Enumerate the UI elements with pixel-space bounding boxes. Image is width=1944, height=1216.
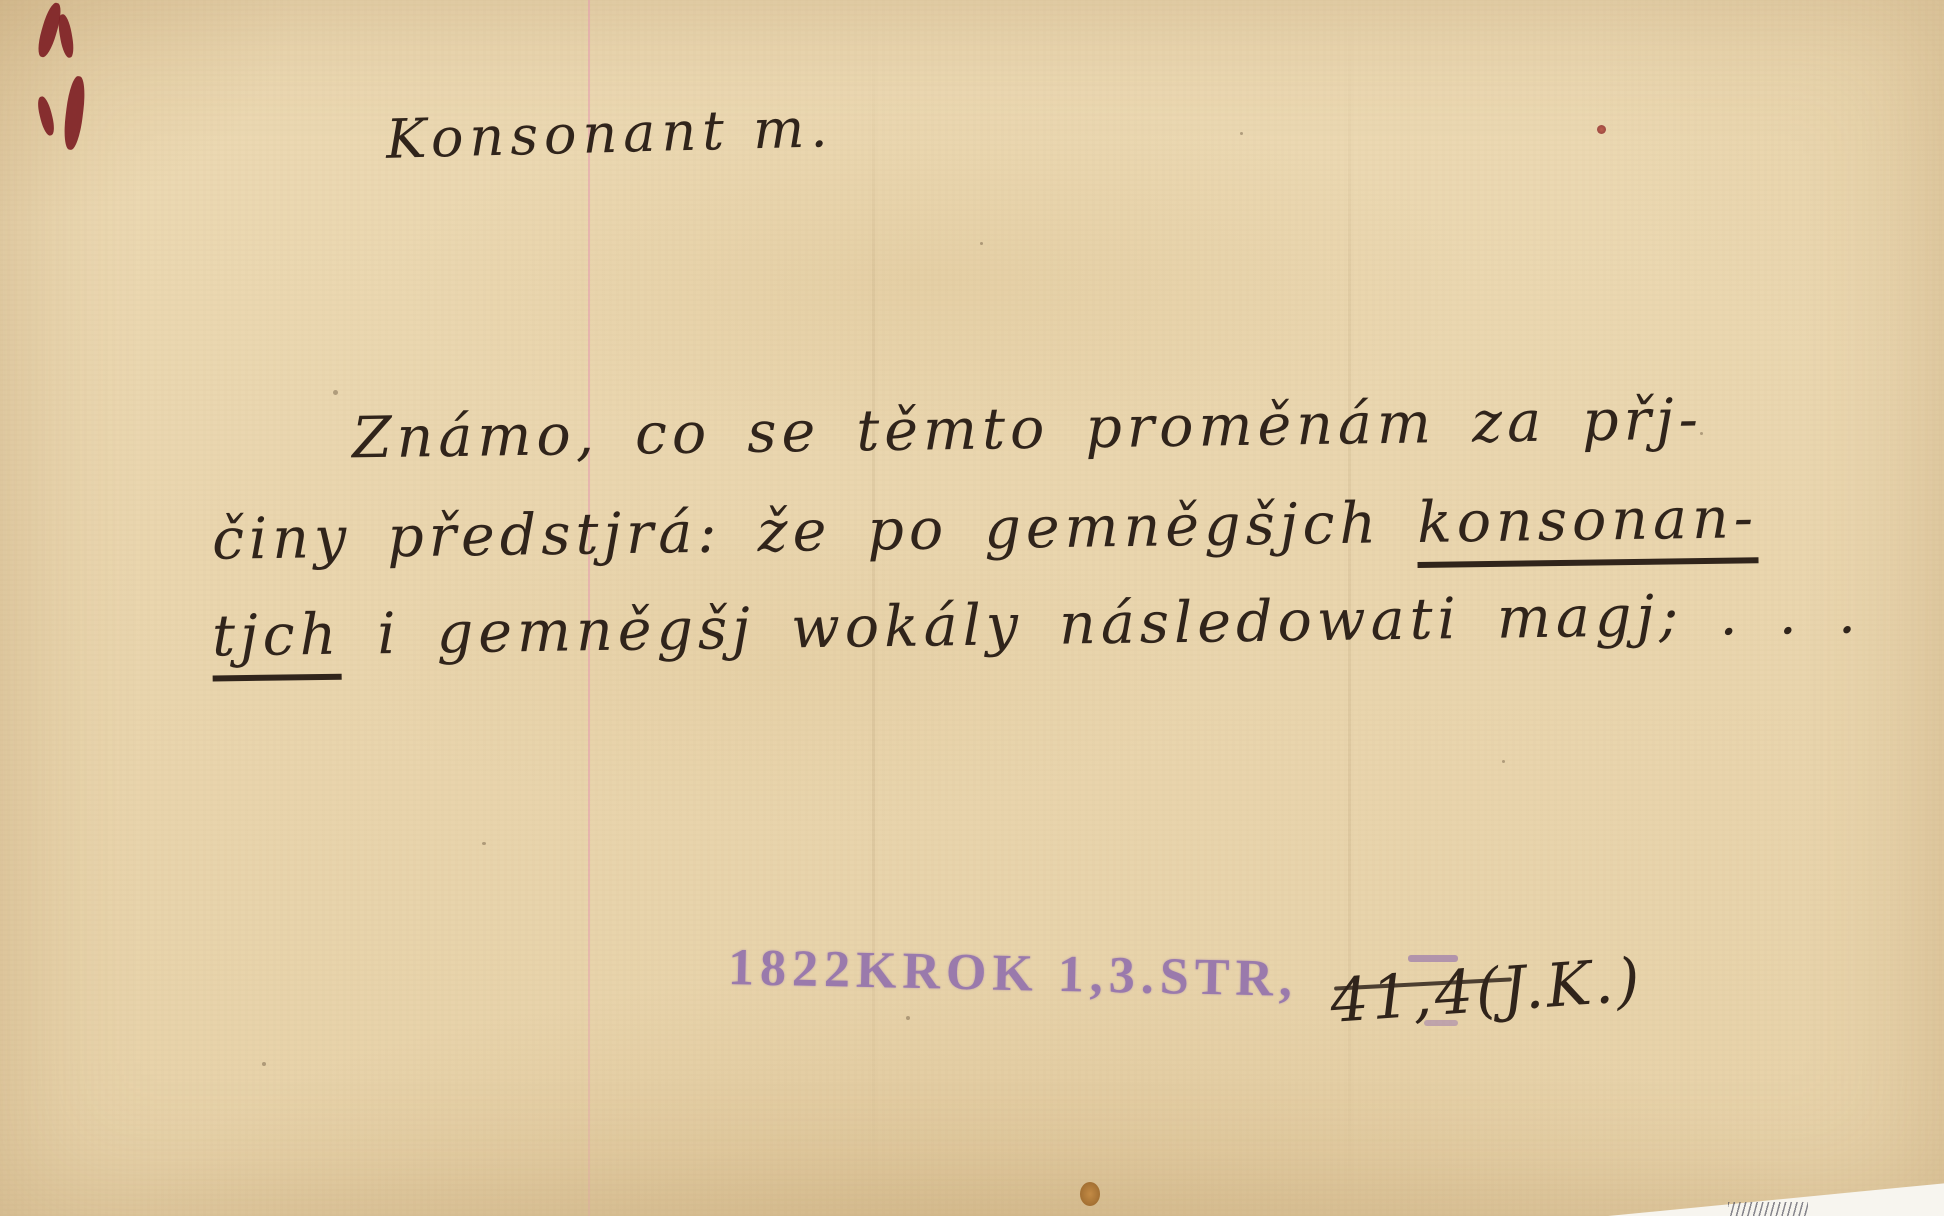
red-ink-mark [56, 13, 75, 58]
body-line-3: tjch i gemněgšj wokály následowati magj;… [212, 580, 1862, 669]
underlined-word-konsonan: konsonan- [1417, 485, 1759, 568]
paper-speck [906, 1016, 910, 1020]
body-line-2: činy předstjrá: že po gemněgšjch konsona… [212, 485, 1759, 573]
hatch-pattern [1728, 1202, 1808, 1216]
paper-speck [1240, 132, 1243, 135]
red-ink-mark [35, 95, 56, 137]
card-heading: Konsonant m. [385, 96, 834, 171]
handwritten-citation: 41,4(J.K.) [1328, 945, 1645, 1037]
paper-speck [333, 390, 338, 395]
body-line-1: Známo, co se těmto proměnám za přj- [352, 387, 1704, 472]
paper-speck [980, 242, 983, 245]
red-speck [1597, 125, 1606, 134]
paper-speck [1502, 760, 1505, 763]
paper-speck [262, 1062, 266, 1066]
body-text: činy předstjrá: že po gemněgšjch [212, 490, 1418, 573]
paper-card: Konsonant m. Známo, co se těmto proměnám… [0, 0, 1944, 1216]
body-text: Známo, co se těmto proměnám za přj- [352, 387, 1704, 472]
red-ink-mark [62, 75, 88, 151]
paper-speck [482, 842, 486, 845]
scanned-card-page: Konsonant m. Známo, co se těmto proměnám… [0, 0, 1944, 1216]
archive-source-stamp: 1822KROK 1,3.STR, [727, 938, 1298, 1009]
brown-stain [1080, 1182, 1100, 1206]
underlined-word-tjch: tjch [212, 602, 342, 682]
body-text: i gemněgšj wokály následowati magj; . . … [341, 580, 1862, 667]
